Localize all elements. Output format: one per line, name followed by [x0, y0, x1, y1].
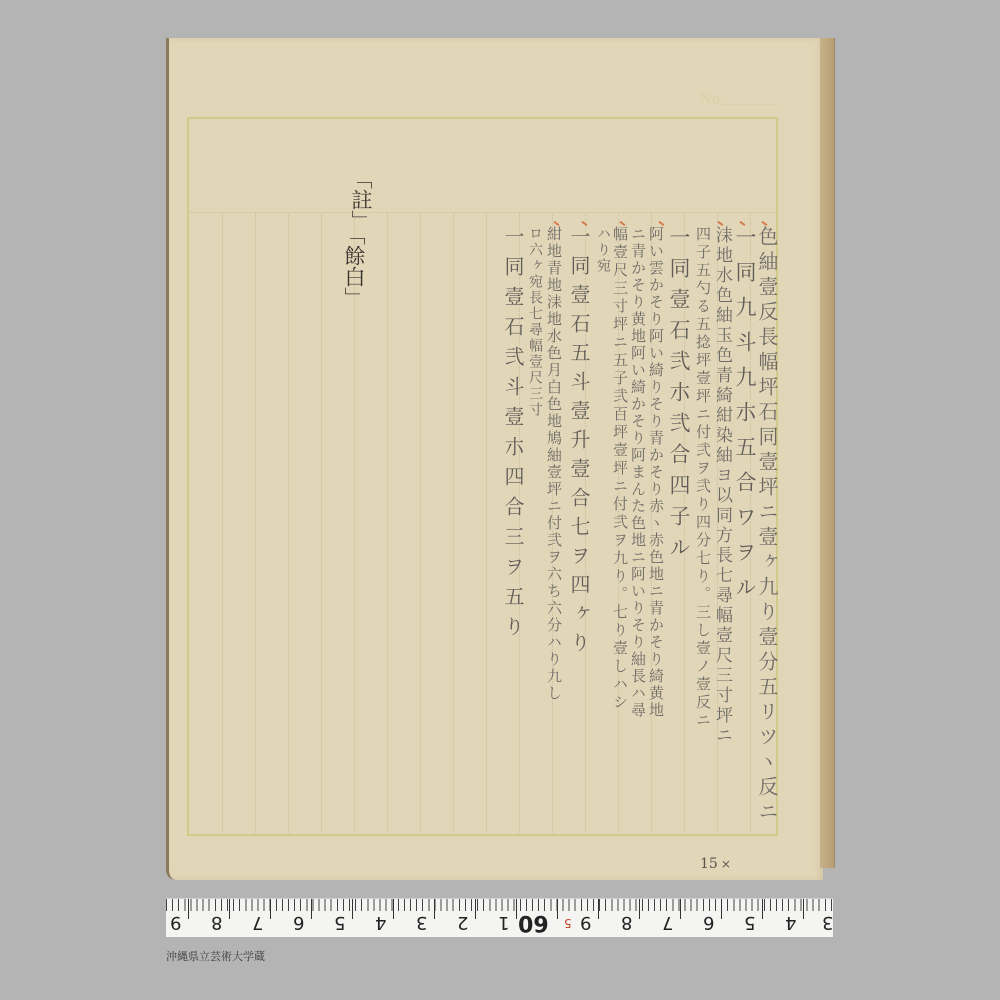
- ledger-line: 四子五勺る五捻坪壹坪ニ付弐ヲ弐り四分七り。三し壹ノ壹反ニ: [695, 226, 710, 730]
- page-no-label: No.: [700, 92, 725, 107]
- ruler-label: 9: [170, 913, 181, 931]
- ledger-line: 一同九斗九朩五合ワヲル: [734, 226, 755, 611]
- ledger-line: ロ六ヶ宛長七尋幅壹尺三寸: [528, 226, 542, 418]
- ruler-major-tick: [639, 899, 640, 919]
- ruler-label-red: 5: [564, 917, 572, 929]
- ledger-line: 阿い雲かそり阿い綺りそり青かそり赤ヽ赤色地ニ青かそり綺黄地: [648, 226, 663, 719]
- page-number: 15×: [700, 856, 731, 872]
- ruler-major-tick: [393, 899, 394, 919]
- column-rule: [453, 213, 454, 834]
- ledger-line: 洡地水色紬玉色青綺紺染紬ヨ以同方長七尋幅壹尺三寸坪ニ: [713, 226, 730, 746]
- ruler-major-tick: [270, 899, 271, 919]
- ruler-label: 4: [785, 913, 796, 931]
- ruler-major-tick: [188, 899, 189, 919]
- ruler-major-tick: [803, 899, 804, 919]
- page-no-line: [722, 104, 780, 105]
- ruler-label: 5: [334, 913, 345, 931]
- ruler-label: 5: [744, 913, 755, 931]
- collection-credit: 沖縄県立芸術大学蔵: [166, 948, 265, 964]
- annotation-margin: 「餘白」: [343, 224, 364, 308]
- header-band: [189, 119, 776, 212]
- ruler-major-tick: [598, 899, 599, 919]
- column-rule: [486, 213, 487, 834]
- page-number-mark: ×: [721, 857, 731, 871]
- header-divider: [189, 212, 776, 213]
- ruler-major-tick: [516, 899, 517, 919]
- column-rule: [387, 213, 388, 834]
- ledger-line: 一同壹石弐朩弐合四子ル: [668, 226, 689, 567]
- column-rule: [321, 213, 322, 834]
- ruler-major-tick: [475, 899, 476, 919]
- measuring-ruler: 9 8 7 6 5 4 3 2 1 60 5 9 8 7 6 5 4 3: [166, 898, 833, 937]
- ruler-label: 7: [662, 913, 673, 931]
- ruler-major-tick: [229, 899, 230, 919]
- ruler-major-tick: [762, 899, 763, 919]
- ruler-label: 6: [293, 913, 304, 931]
- ruler-label: 1: [498, 913, 509, 931]
- ruler-major-tick: [311, 899, 312, 919]
- column-rule: [420, 213, 421, 834]
- ruler-label-highlight: 60: [518, 911, 549, 933]
- ruler-label: 6: [703, 913, 714, 931]
- ruler-label: 7: [252, 913, 263, 931]
- ruler-label: 8: [211, 913, 222, 931]
- ruler-major-tick: [557, 899, 558, 919]
- ledger-line: ハり宛: [596, 226, 610, 274]
- column-rule: [255, 213, 256, 834]
- page-number-value: 15: [700, 856, 718, 872]
- column-rule: [288, 213, 289, 834]
- ruler-label: 9: [580, 913, 591, 931]
- ruler-major-tick: [434, 899, 435, 919]
- ruler-label: 4: [375, 913, 386, 931]
- column-rule: [222, 213, 223, 834]
- ruler-label: 3: [416, 913, 427, 931]
- ledger-line: 色紬壹反長幅坪石同壹坪ニ壹ヶ九り壹分五リツヽ反ニ: [757, 226, 777, 826]
- ledger-line: 幅壹尺三寸坪ニ五子弐百坪壹坪ニ付弐ヲ九り。七り壹しハシ: [612, 226, 627, 712]
- ledger-line: 一同壹石弐斗壹朩四合三ヲ五り: [503, 226, 523, 646]
- ruler-major-tick: [721, 899, 722, 919]
- ruler-minor-ticks: [166, 899, 833, 911]
- page-stack-edge: [820, 38, 835, 868]
- ruler-major-tick: [680, 899, 681, 919]
- ruler-major-tick: [352, 899, 353, 919]
- ledger-line: 紺地青地洡地水色月白色地鳩紬壹坪ニ付弐ヲ六ち六分ハり九し: [546, 226, 561, 702]
- ledger-line: 一同壹石五斗壹升壹合七ヲ四ヶり: [569, 226, 589, 661]
- annotation-note: 「註」: [350, 168, 371, 231]
- ledger-line: ニ青かそり黄地阿い綺かそり阿まんた色地ニ阿いりそり紬長ハ尋: [630, 226, 645, 719]
- ruler-label: 8: [621, 913, 632, 931]
- ruler-label: 2: [457, 913, 468, 931]
- ruler-label: 3: [822, 913, 833, 931]
